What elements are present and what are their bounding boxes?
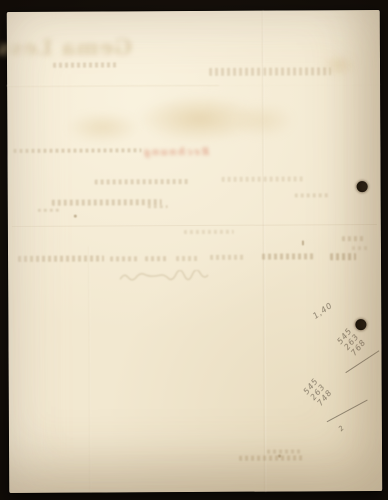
bleedthrough-table-row-segment <box>262 253 314 259</box>
bleedthrough-table-row-segment <box>18 255 104 261</box>
bleedthrough-dash <box>38 209 62 212</box>
bleedthrough-text-row <box>52 199 162 206</box>
letterhead-bleedthrough-headline: Gema Lessing <box>32 33 132 64</box>
bleedthrough-topright-row <box>209 67 331 76</box>
document-paper-back-side: Gema Lessing Rechnung <box>7 10 383 493</box>
bleedthrough-red-stamp: Rechnung <box>129 144 209 158</box>
pencil-underline-b <box>327 400 368 423</box>
letterhead-bleedthrough-glyphs: Gema Lessing <box>32 33 132 62</box>
bleedthrough-underline <box>148 205 168 208</box>
bleedthrough-text-row <box>222 176 304 181</box>
bleedthrough-address-row <box>13 148 141 153</box>
bleedthrough-illustration-blotch <box>65 111 140 143</box>
bleedthrough-text-row <box>184 230 234 234</box>
punch-hole-top <box>357 181 368 192</box>
pencil-column-b-tail: 2 <box>337 423 347 433</box>
bleedthrough-subtitle-row <box>53 62 117 67</box>
bleedthrough-footer-row <box>267 449 301 453</box>
bleedthrough-table-row-segment <box>330 253 356 260</box>
bleedthrough-topright-blotch <box>322 54 356 76</box>
bleedthrough-table-row-segment <box>176 256 198 261</box>
bleedthrough-text-row <box>95 179 191 185</box>
pencil-column-b: 545 263 748 <box>302 376 334 407</box>
bleedthrough-table-row-segment <box>145 256 167 261</box>
bleedthrough-dot <box>278 455 281 458</box>
bleedthrough-text-row <box>295 193 331 197</box>
pencil-underline-a <box>345 350 379 373</box>
bleedthrough-amount-mark <box>342 236 366 241</box>
pencil-note-top: 1,40 <box>311 301 334 321</box>
vertical-fold-center <box>262 11 268 492</box>
vertical-fold-left <box>88 247 92 493</box>
bleedthrough-table-row-segment <box>210 255 244 260</box>
pencil-column-a: 545 263 768 <box>335 326 367 357</box>
horizontal-crease-highlight <box>7 84 219 87</box>
bleedthrough-footer-row <box>239 455 305 460</box>
bleedthrough-illustration-blotch <box>232 102 294 138</box>
bleedthrough-tick <box>302 240 304 245</box>
punch-hole-bottom <box>355 319 366 330</box>
bleedthrough-amount-mark <box>352 246 370 250</box>
bleedthrough-rule <box>12 224 377 227</box>
bleedthrough-red-glyphs: Rechnung <box>129 144 209 159</box>
bleedthrough-table-row-segment <box>110 256 140 261</box>
bleedthrough-dot <box>74 215 77 218</box>
horizontal-crease-faint <box>207 84 380 86</box>
handwriting-bleedthrough-squiggle <box>118 269 223 284</box>
